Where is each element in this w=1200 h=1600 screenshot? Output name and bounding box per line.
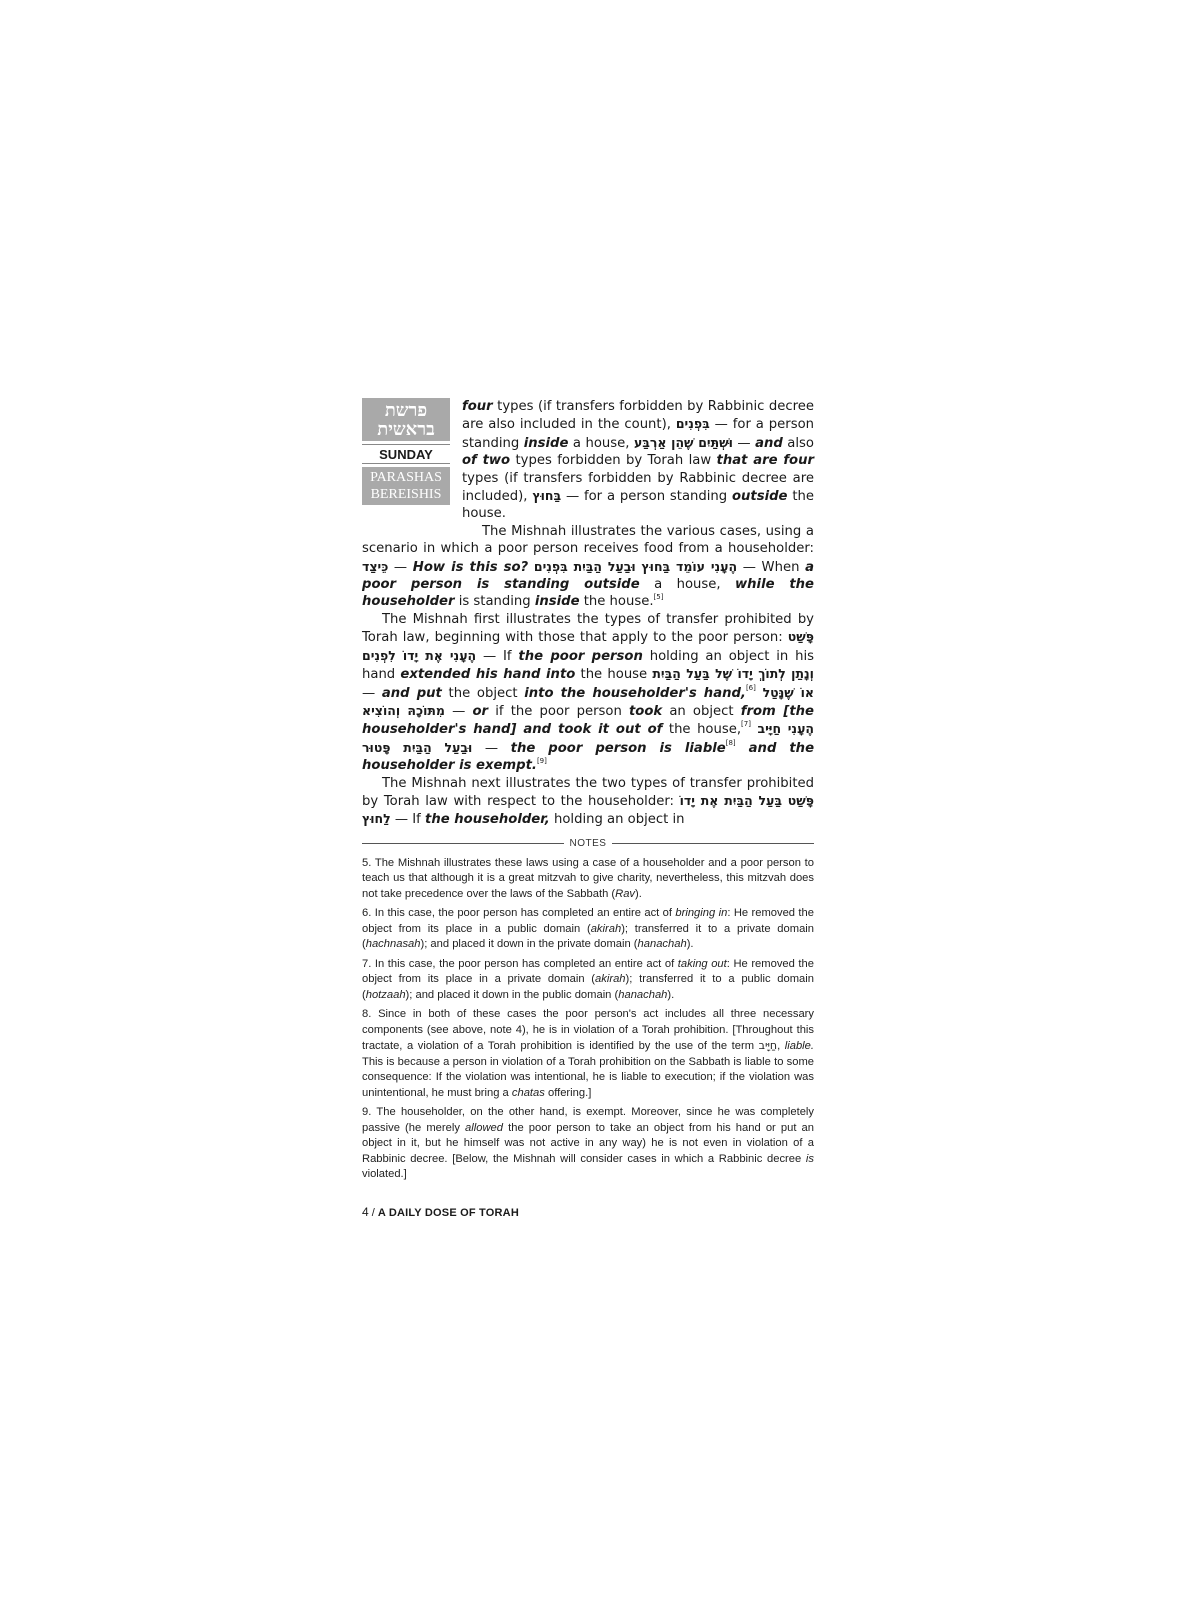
text-span: chatas xyxy=(512,1087,545,1099)
text-span: the householder, xyxy=(425,812,550,827)
text-span: allowed xyxy=(465,1122,503,1134)
note-ref-5[interactable]: [5] xyxy=(654,593,664,601)
hebrew-text: כֵּיצַד xyxy=(362,559,388,574)
text-span: extended his hand into xyxy=(400,667,575,682)
hebrew-parasha-line1: פרשת xyxy=(362,401,450,420)
text-span: — xyxy=(472,741,510,756)
hebrew-text: בִּפְנִים xyxy=(676,416,710,431)
paragraph-3: The Mishnah first illustrates the types … xyxy=(362,611,814,775)
text-span: hachnasah xyxy=(366,938,421,950)
hebrew-parasha-line2: בראשית xyxy=(362,420,450,439)
text-span: took xyxy=(629,704,662,719)
notes-label: NOTES xyxy=(564,838,613,849)
text-span: ). xyxy=(667,989,674,1001)
text-span: the poor person is liable xyxy=(511,741,726,756)
text-span: bringing in xyxy=(675,907,727,919)
text-span: Rav xyxy=(615,888,635,900)
text-span: into the householder's hand, xyxy=(524,686,746,701)
english-parasha-line1: PARASHAS xyxy=(362,469,450,486)
text-span: is standing xyxy=(455,594,535,609)
text-span: — If xyxy=(476,649,518,664)
note-ref-7[interactable]: [7] xyxy=(741,720,751,728)
text-span: violated.] xyxy=(362,1168,407,1180)
text-span: ). xyxy=(635,888,642,900)
paragraph-4: The Mishnah next illustrates the two typ… xyxy=(362,775,814,829)
text-span: the object xyxy=(442,686,524,701)
hebrew-text: וּשְׁתַּיִם שֶׁהֵן אַרְבַּע xyxy=(634,435,733,450)
page-number: 4 xyxy=(362,1205,369,1219)
text-span: ); and placed it down in the public doma… xyxy=(406,989,619,1001)
text-span: or xyxy=(473,704,489,719)
text-span: 6. In this case, the poor person has com… xyxy=(362,907,675,919)
text-span: the house, xyxy=(662,722,741,737)
text-span: is xyxy=(806,1153,814,1165)
text-span: types forbidden by Torah law xyxy=(510,453,716,468)
text-span: that are four xyxy=(717,453,814,468)
note-5: 5. The Mishnah illustrates these laws us… xyxy=(362,856,814,903)
text-span: The Mishnah illustrates the various case… xyxy=(362,524,814,556)
text-span: The Mishnah first illustrates the types … xyxy=(362,612,814,645)
text-span: ). xyxy=(687,938,694,950)
note-9: 9. The householder, on the other hand, i… xyxy=(362,1105,814,1183)
text-span: a house, xyxy=(568,436,634,451)
text-span: ); and placed it down in the private dom… xyxy=(420,938,637,950)
hebrew-parasha-label: פרשת בראשית xyxy=(362,398,450,441)
text-span: — xyxy=(362,686,382,701)
note-ref-8[interactable]: [8] xyxy=(726,739,736,747)
text-span: inside xyxy=(524,436,569,451)
text-span: 5. The Mishnah illustrates these laws us… xyxy=(362,857,814,900)
paragraph-2: The Mishnah illustrates the various case… xyxy=(362,523,814,611)
text-span: inside xyxy=(535,594,580,609)
text-span: taking out xyxy=(678,958,727,970)
hebrew-text: בַּחוּץ xyxy=(532,488,561,503)
page-footer: 4 / A DAILY DOSE OF TORAH xyxy=(362,1205,814,1219)
book-title: A DAILY DOSE OF TORAH xyxy=(378,1207,519,1219)
note-7: 7. In this case, the poor person has com… xyxy=(362,957,814,1004)
text-span: , xyxy=(777,1040,785,1052)
text-span: also xyxy=(783,436,814,451)
text-span: liable. xyxy=(785,1040,814,1052)
text-span: the poor person xyxy=(518,649,642,664)
divider-line-right xyxy=(612,843,814,844)
hebrew-text: הֶעָנִי עוֹמֵד בַּחוּץ וּבַעַל הַבַּיִת … xyxy=(534,559,737,574)
text-span: — xyxy=(733,436,755,451)
text-span: if the poor person xyxy=(488,704,629,719)
divider-line-left xyxy=(362,843,564,844)
text-span: outside xyxy=(732,489,788,504)
text-span: holding an object in xyxy=(550,812,685,827)
text-span: — xyxy=(388,560,413,575)
text-span: — If xyxy=(391,812,425,827)
text-span: and put xyxy=(382,686,442,701)
day-label: SUNDAY xyxy=(362,444,450,464)
text-span: hanachah xyxy=(638,938,687,950)
text-span: akirah xyxy=(595,973,625,985)
text-span: — xyxy=(445,704,473,719)
text-span: the house xyxy=(575,667,652,682)
book-page: פרשת בראשית SUNDAY PARASHAS BEREISHIS fo… xyxy=(362,398,814,1219)
text-span: hanachah xyxy=(618,989,667,1001)
note-ref-9[interactable]: [9] xyxy=(537,757,547,765)
text-span: of two xyxy=(462,453,510,468)
text-span: akirah xyxy=(591,923,621,935)
english-parasha-line2: BEREISHIS xyxy=(362,486,450,503)
notes-section: 5. The Mishnah illustrates these laws us… xyxy=(362,856,814,1183)
text-span: hotzaah xyxy=(366,989,406,1001)
text-span: — When xyxy=(737,560,805,575)
text-span: 8. Since in both of these cases the poor… xyxy=(362,1008,814,1052)
footer-separator: / xyxy=(369,1207,378,1219)
text-span: the house. xyxy=(580,594,654,609)
notes-divider: NOTES xyxy=(362,838,814,849)
text-span: offering.] xyxy=(545,1087,591,1099)
hebrew-text: וְנָתַן לְתוֹךְ יָדוֹ שֶׁל בַּעַל הַבַּי… xyxy=(652,666,814,681)
note-8: 8. Since in both of these cases the poor… xyxy=(362,1007,814,1101)
text-span: a house, xyxy=(640,577,735,592)
note-6: 6. In this case, the poor person has com… xyxy=(362,906,814,953)
english-parasha-label: PARASHAS BEREISHIS xyxy=(362,467,450,505)
text-span: an object xyxy=(662,704,741,719)
note-ref-6[interactable]: [6] xyxy=(746,684,756,692)
hebrew-text: חַיָּיב xyxy=(759,1039,777,1052)
text-span: How is this so? xyxy=(413,560,528,575)
section-sidebar: פרשת בראשית SUNDAY PARASHAS BEREISHIS xyxy=(362,398,450,505)
text-span: 7. In this case, the poor person has com… xyxy=(362,958,678,970)
text-span: — for a person standing xyxy=(561,489,732,504)
text-span: and xyxy=(755,436,783,451)
text-span: four xyxy=(462,399,493,414)
